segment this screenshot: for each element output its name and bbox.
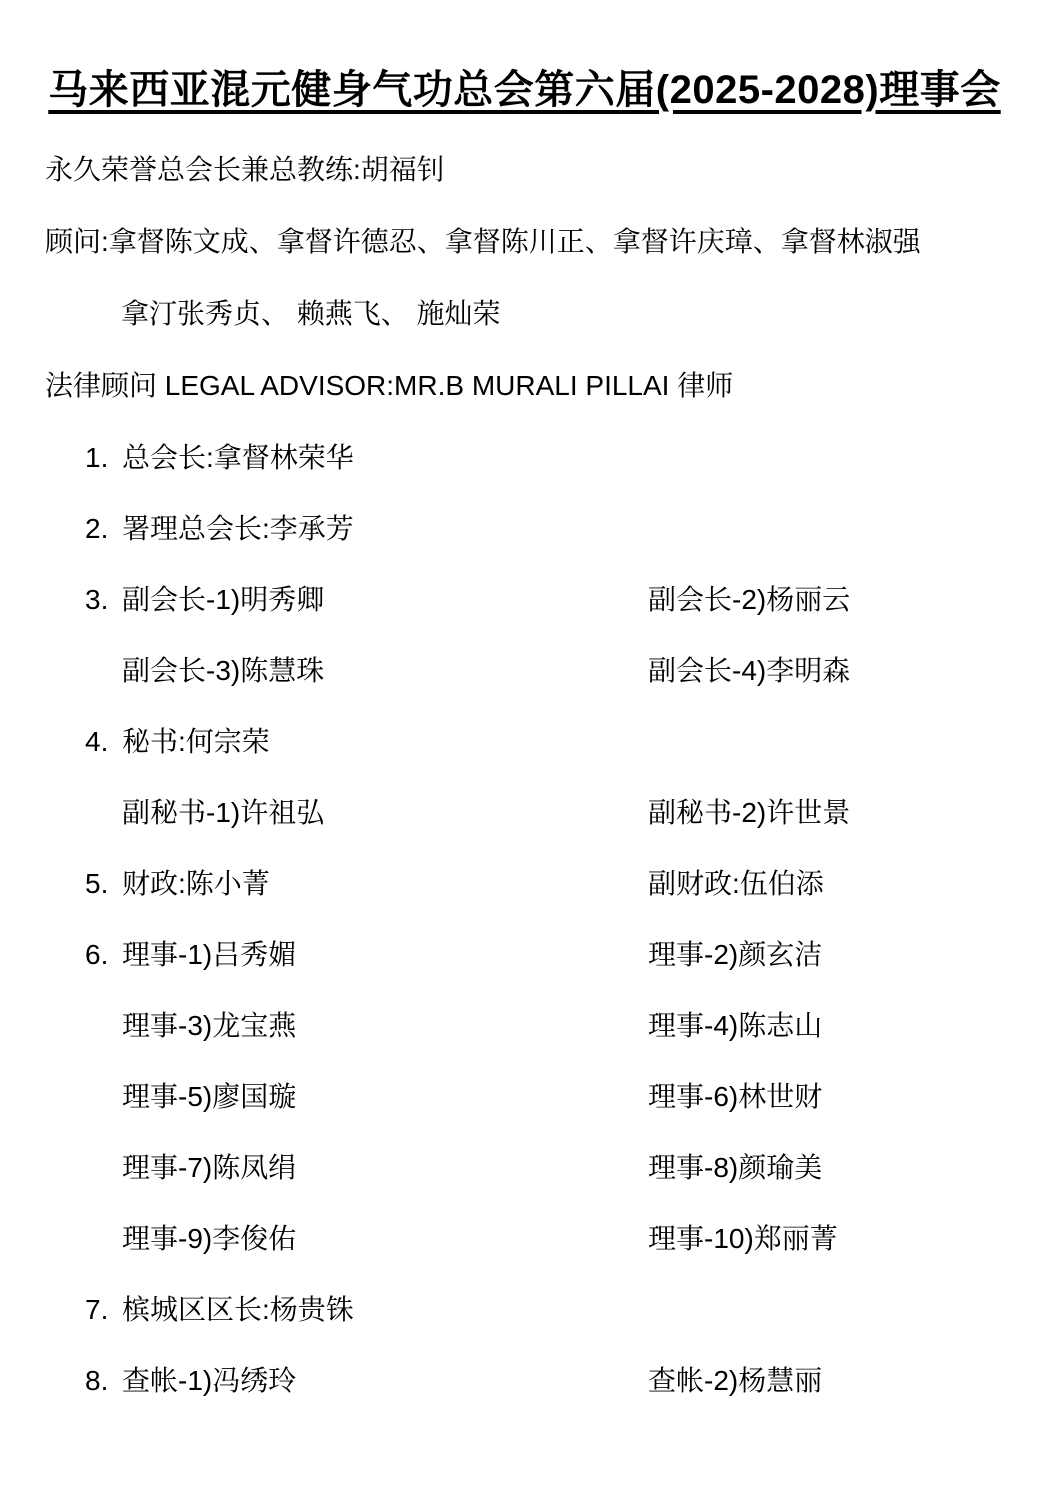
legal-advisor-line: 法律顾问 LEGAL ADVISOR:MR.B MURALI PILLAI 律师 <box>45 370 1049 402</box>
position-left: 理事-3)龙宝燕 <box>122 1010 648 1042</box>
position-right: 副会长-2)杨丽云 <box>648 584 850 616</box>
row-number: 2. <box>85 513 122 545</box>
committee-row-deputy-secretary-1-2: 副秘书-1)许祖弘副秘书-2)许世景 <box>85 797 1049 829</box>
row-number: 5. <box>85 868 122 900</box>
row-number: 6. <box>85 939 122 971</box>
position-right: 理事-8)颜瑜美 <box>648 1152 822 1184</box>
position-right: 副秘书-2)许世景 <box>648 797 850 829</box>
document-title-text: 马来西亚混元健身气功总会第六届(2025-2028)理事会 <box>48 68 1000 112</box>
position-left: 理事-1)吕秀媚 <box>122 939 648 971</box>
row-number: 7. <box>85 1294 122 1326</box>
position-left: 总会长:拿督林荣华 <box>122 442 648 474</box>
committee-row-treasurer: 5.财政:陈小菁副财政:伍伯添 <box>85 868 1049 900</box>
row-number: 3. <box>85 584 122 616</box>
committee-row-vice-president-1-2: 3.副会长-1)明秀卿副会长-2)杨丽云 <box>85 584 1049 616</box>
position-right: 查帐-2)杨慧丽 <box>648 1365 822 1397</box>
committee-row-secretary: 4.秘书:何宗荣 <box>85 726 1049 758</box>
position-left: 理事-7)陈凤绢 <box>122 1152 648 1184</box>
position-right: 理事-6)林世财 <box>648 1081 822 1113</box>
row-number: 4. <box>85 726 122 758</box>
committee-row-director-9-10: 理事-9)李俊佑理事-10)郑丽菁 <box>85 1223 1049 1255</box>
document-title: 马来西亚混元健身气功总会第六届(2025-2028)理事会 <box>0 66 1049 114</box>
position-left: 署理总会长:李承芳 <box>122 513 648 545</box>
position-left: 副会长-1)明秀卿 <box>122 584 648 616</box>
committee-list: 1.总会长:拿督林荣华 2.署理总会长:李承芳 3.副会长-1)明秀卿副会长-2… <box>0 442 1049 1397</box>
position-right: 副财政:伍伯添 <box>648 868 824 900</box>
position-right: 理事-4)陈志山 <box>648 1010 822 1042</box>
position-left: 理事-5)廖国璇 <box>122 1081 648 1113</box>
advisors-line-2: 拿汀张秀贞、 赖燕飞、 施灿荣 <box>121 298 1049 330</box>
document-page: 马来西亚混元健身气功总会第六届(2025-2028)理事会 永久荣誉总会长兼总教… <box>0 0 1049 1485</box>
advisors-line-1: 顾问:拿督陈文成、拿督许德忍、拿督陈川正、拿督许庆璋、拿督林淑强 <box>45 226 1049 258</box>
committee-row-director-7-8: 理事-7)陈凤绢理事-8)颜瑜美 <box>85 1152 1049 1184</box>
position-right: 副会长-4)李明森 <box>648 655 850 687</box>
committee-row-president: 1.总会长:拿督林荣华 <box>85 442 1049 474</box>
position-left: 财政:陈小菁 <box>122 868 648 900</box>
committee-row-auditor-1-2: 8.查帐-1)冯绣玲查帐-2)杨慧丽 <box>85 1365 1049 1397</box>
position-left: 副秘书-1)许祖弘 <box>122 797 648 829</box>
honorary-president-line: 永久荣誉总会长兼总教练:胡福钊 <box>45 154 1049 186</box>
position-left: 查帐-1)冯绣玲 <box>122 1365 648 1397</box>
row-number: 8. <box>85 1365 122 1397</box>
row-number: 1. <box>85 442 122 474</box>
committee-row-director-3-4: 理事-3)龙宝燕理事-4)陈志山 <box>85 1010 1049 1042</box>
position-right: 理事-2)颜玄洁 <box>648 939 822 971</box>
position-left: 理事-9)李俊佑 <box>122 1223 648 1255</box>
committee-row-vice-president-3-4: 副会长-3)陈慧珠副会长-4)李明森 <box>85 655 1049 687</box>
position-right: 理事-10)郑丽菁 <box>648 1223 838 1255</box>
committee-row-deputy-president: 2.署理总会长:李承芳 <box>85 513 1049 545</box>
position-left: 副会长-3)陈慧珠 <box>122 655 648 687</box>
position-left: 秘书:何宗荣 <box>122 726 648 758</box>
committee-row-director-5-6: 理事-5)廖国璇理事-6)林世财 <box>85 1081 1049 1113</box>
position-left: 槟城区区长:杨贵铢 <box>122 1294 648 1326</box>
committee-row-director-1-2: 6.理事-1)吕秀媚理事-2)颜玄洁 <box>85 939 1049 971</box>
committee-row-penang-district-head: 7.槟城区区长:杨贵铢 <box>85 1294 1049 1326</box>
